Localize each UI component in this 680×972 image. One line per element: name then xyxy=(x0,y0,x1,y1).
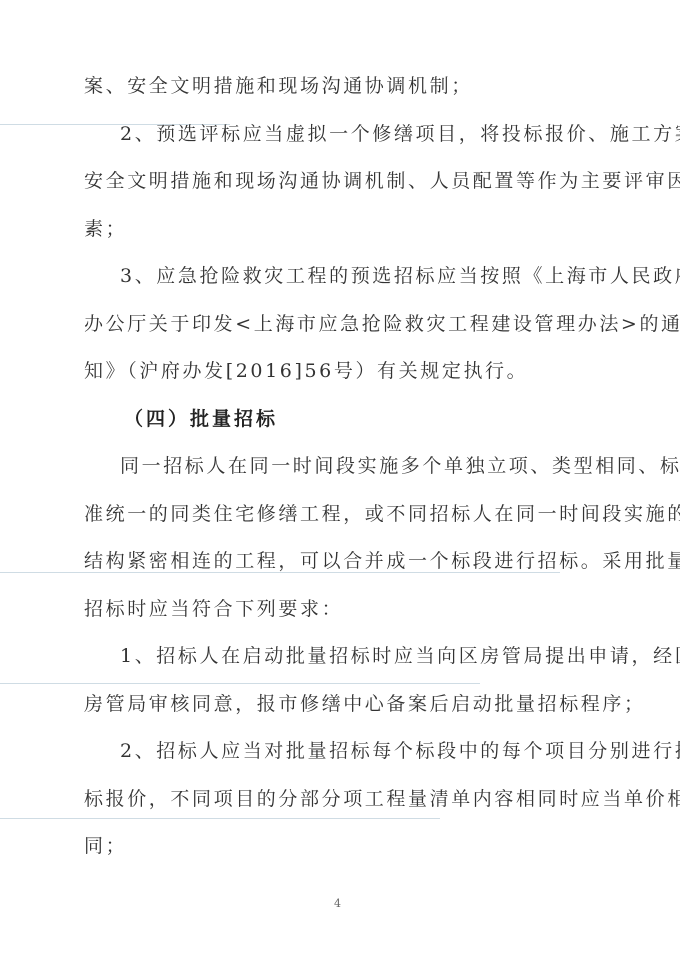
document-page: 案、安全文明措施和现场沟通协调机制； 2、预选评标应当虚拟一个修缮项目，将投标报… xyxy=(0,0,680,972)
paragraph-line: 办公厅关于印发<上海市应急抢险救灾工程建设管理办法>的通 xyxy=(84,312,594,336)
page-number: 4 xyxy=(334,897,341,910)
paragraph-line: 标报价，不同项目的分部分项工程量清单内容相同时应当单价相 xyxy=(84,787,594,811)
paragraph-line: 准统一的同类住宅修缮工程，或不同招标人在同一时间段实施的 xyxy=(84,502,594,526)
paragraph-line: 房管局审核同意，报市修缮中心备案后启动批量招标程序； xyxy=(84,692,594,716)
paragraph-line: 结构紧密相连的工程，可以合并成一个标段进行招标。采用批量 xyxy=(84,549,594,573)
paragraph-line: 同； xyxy=(84,834,594,858)
scan-artifact-line xyxy=(0,683,480,684)
scan-artifact-line xyxy=(0,818,440,819)
paragraph-line: 3、应急抢险救灾工程的预选招标应当按照《上海市人民政府 xyxy=(120,264,594,288)
paragraph-line: 2、招标人应当对批量招标每个标段中的每个项目分别进行投 xyxy=(120,739,594,763)
paragraph-line: 案、安全文明措施和现场沟通协调机制； xyxy=(84,74,594,98)
paragraph-line: 知》（沪府办发[2016]56号）有关规定执行。 xyxy=(84,359,594,383)
paragraph-line: 招标时应当符合下列要求： xyxy=(84,597,594,621)
paragraph-line: 素； xyxy=(84,217,594,241)
paragraph-line: 2、预选评标应当虚拟一个修缮项目，将投标报价、施工方案、 xyxy=(120,122,594,146)
section-heading: （四）批量招标 xyxy=(124,407,634,431)
paragraph-line: 同一招标人在同一时间段实施多个单独立项、类型相同、标 xyxy=(120,454,594,478)
paragraph-line: 1、招标人在启动批量招标时应当向区房管局提出申请，经区 xyxy=(120,644,594,668)
paragraph-line: 安全文明措施和现场沟通协调机制、人员配置等作为主要评审因 xyxy=(84,169,594,193)
